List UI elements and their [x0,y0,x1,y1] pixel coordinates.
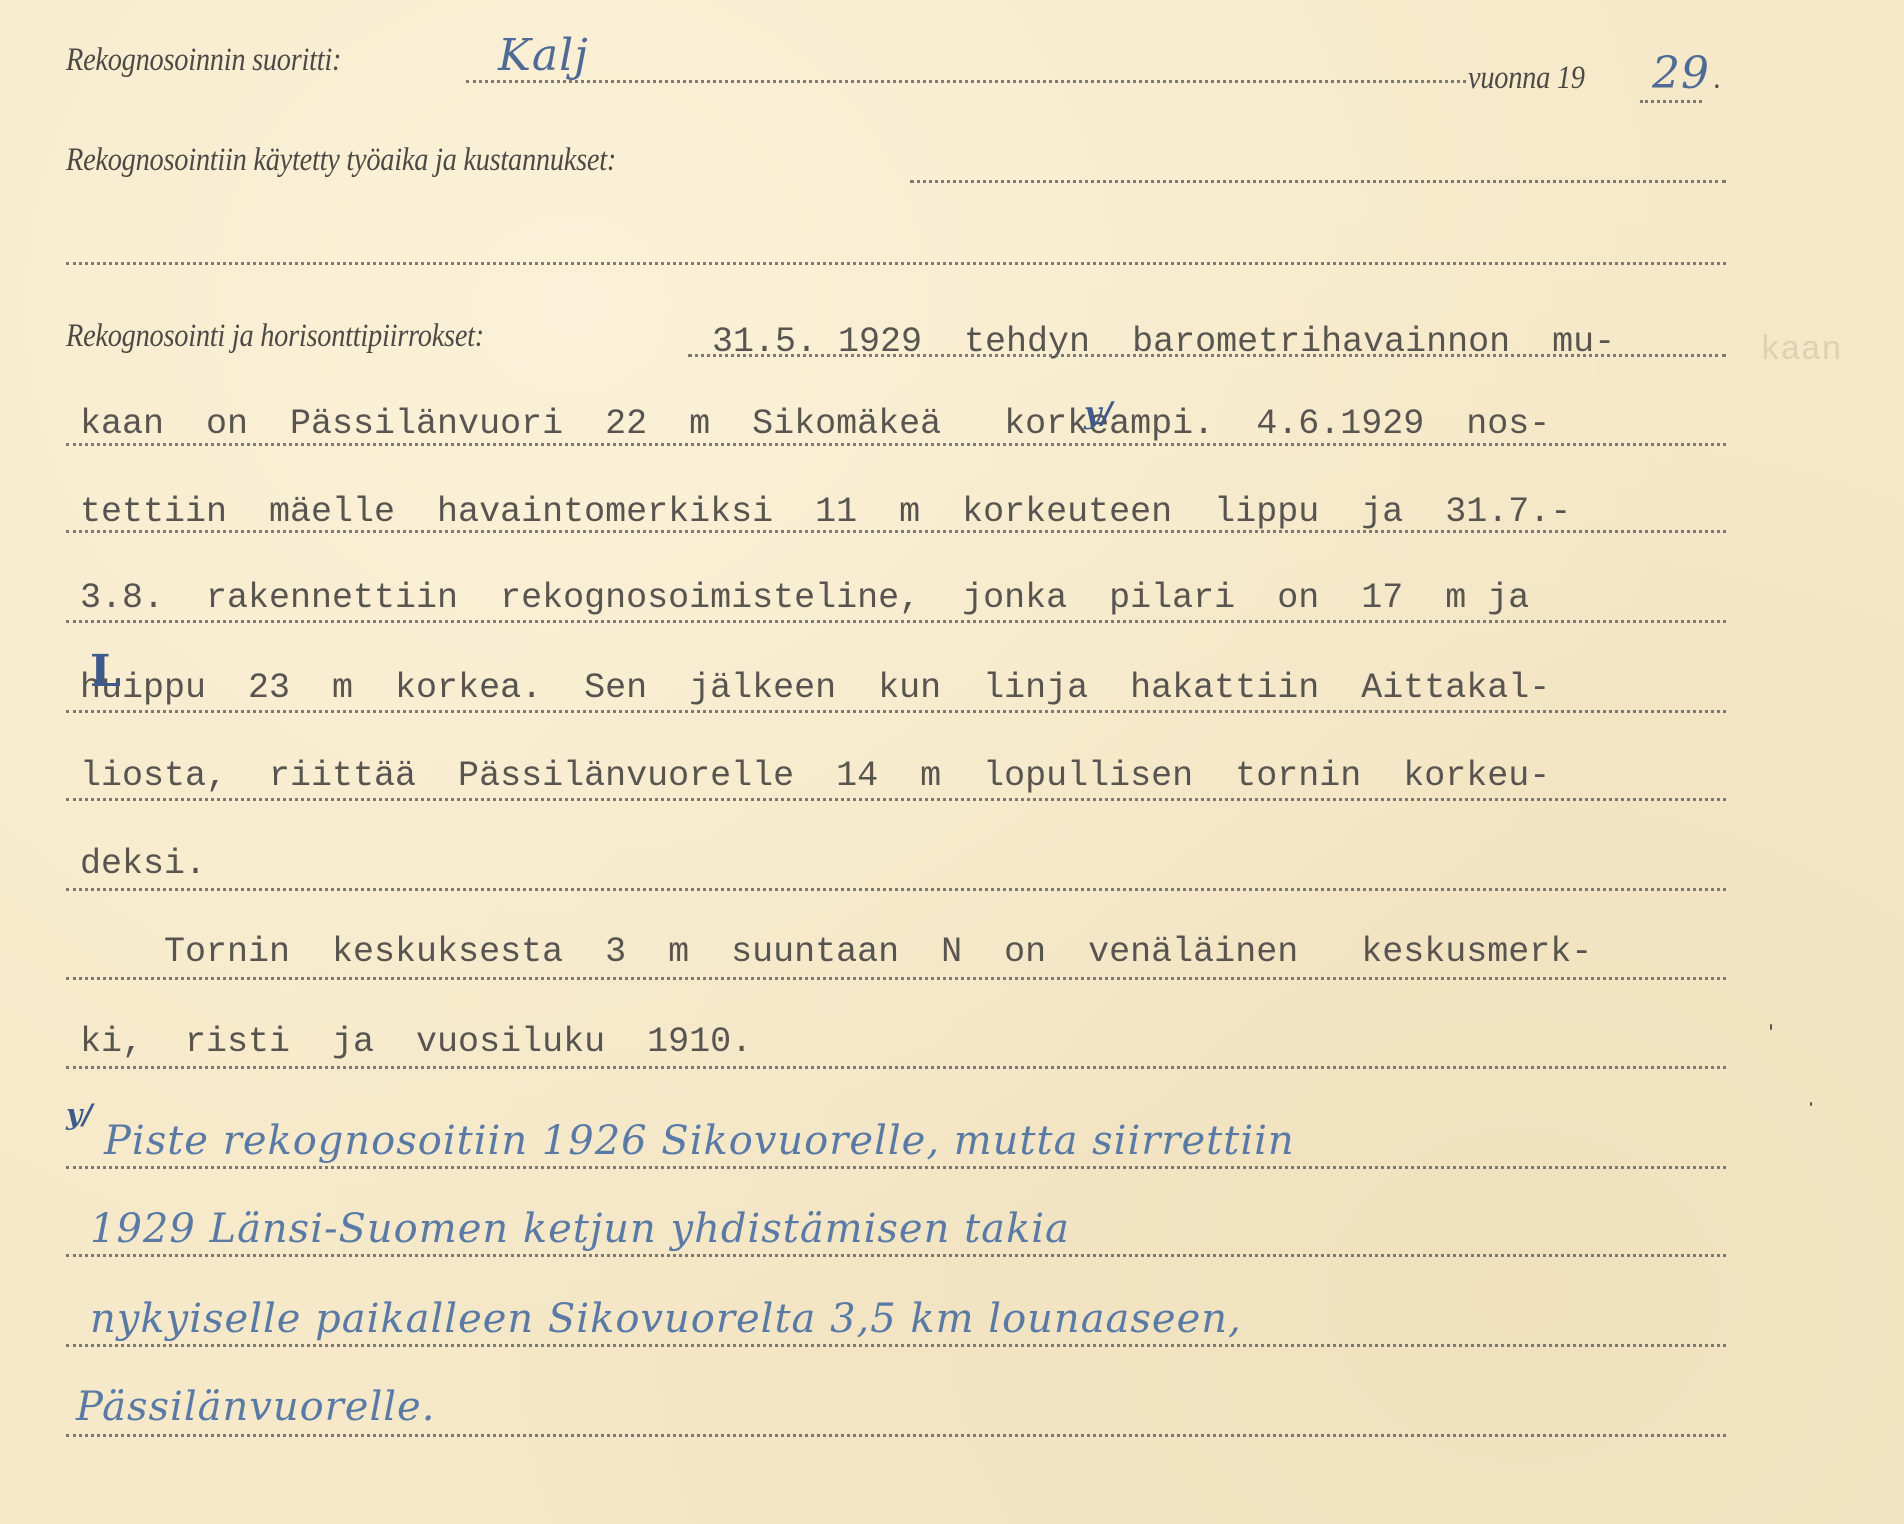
time-cost-label: Rekognosointiin käytetty työaika ja kust… [66,142,616,179]
year-handwritten: 29 [1652,48,1710,99]
year-label: vuonna 19 [1468,60,1585,97]
rule-11 [66,1254,1726,1257]
bleed-through-text: kaan [1760,332,1842,370]
typed-line-9: ki, risti ja vuosiluku 1910. [80,1022,752,1062]
typed-line-5: huippu 23 m korkea. Sen jälkeen kun linj… [80,668,1550,708]
typed-line-3: tettiin mäelle havaintomerkiksi 11 m kor… [80,492,1571,532]
typed-line-8: Tornin keskuksesta 3 m suuntaan N on ven… [80,932,1592,972]
rule-1 [688,354,1726,357]
typed-line-7: deksi. [80,844,206,884]
correction-mark: L [90,646,121,697]
performed-by-label: Rekognosoinnin suoritti: [66,42,341,79]
rule-2 [66,443,1726,446]
rule-6 [66,798,1726,801]
year-line [1640,100,1702,103]
performed-by-signature: Kalj [498,30,589,81]
rule-12 [66,1344,1726,1347]
typed-line-6: liosta, riittää Pässilänvuorelle 14 m lo… [80,756,1550,796]
rule-13 [66,1434,1726,1437]
rule-4 [66,620,1726,623]
reconnaissance-label: Rekognosointi ja horisonttipiirrokset: [66,318,484,355]
footnote-line-1: Piste rekognosoitiin 1926 Sikovuorelle, … [104,1118,1295,1164]
time-cost-line-2 [66,262,1726,265]
typed-line-2: kaan on Pässilänvuori 22 m Sikomäkeä kor… [80,404,1550,444]
year-suffix: . [1714,60,1721,97]
paper-speck [1810,1102,1812,1106]
footnote-line-3: nykyiselle paikalleen Sikovuorelta 3,5 k… [90,1296,1242,1342]
typed-line-4: 3.8. rakennettiin rekognosoimisteline, j… [80,578,1529,618]
rule-10 [66,1166,1726,1169]
footnote-marker: y/ [66,1098,93,1131]
document-page: Rekognosoinnin suoritti: Kalj vuonna 19 … [0,0,1904,1524]
footnote-line-4: Pässilänvuorelle. [76,1384,435,1430]
rule-7 [66,888,1726,891]
footnote-marker-inline: y/ [1084,396,1112,431]
rule-5 [66,710,1726,713]
rule-8 [66,977,1726,980]
paper-speck [1770,1024,1772,1030]
performed-by-line [466,80,1466,83]
rule-9 [66,1066,1726,1069]
time-cost-line [910,180,1726,183]
footnote-line-2: 1929 Länsi-Suomen ketjun yhdistämisen ta… [90,1206,1070,1252]
rule-3 [66,530,1726,533]
